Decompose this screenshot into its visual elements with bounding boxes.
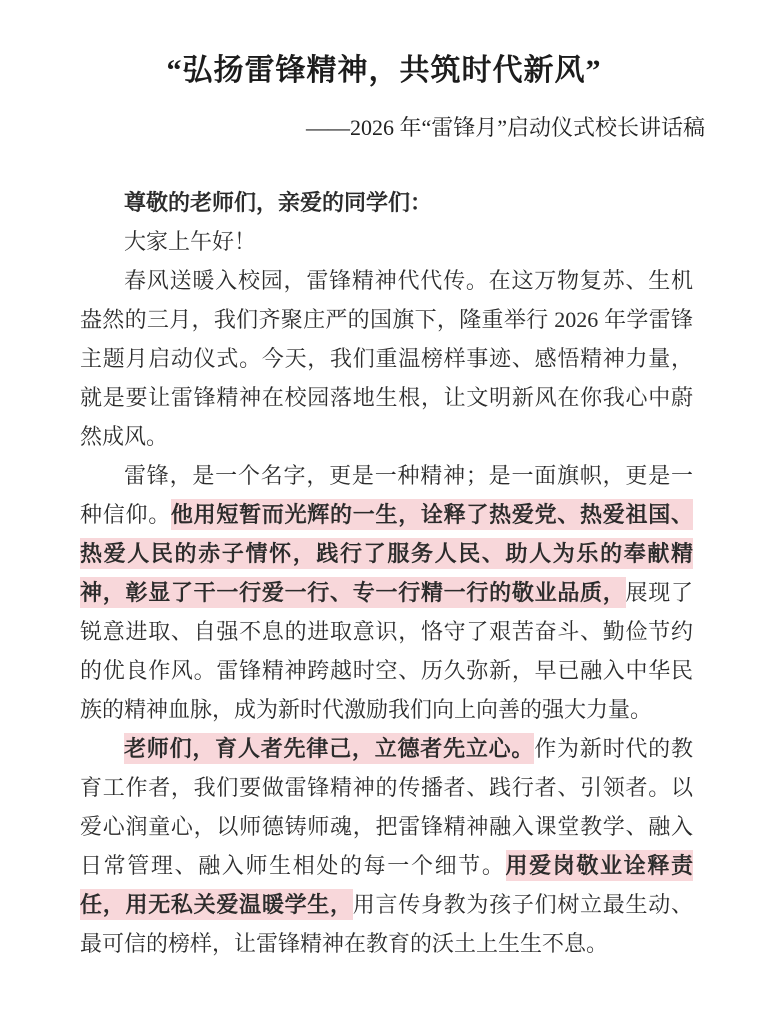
document-body: 尊敬的老师们，亲爱的同学们：大家上午好！春风送暖入校园，雷锋精神代代传。在这万物… [80, 183, 693, 963]
paragraph-leifeng-spirit: 雷锋，是一个名字，更是一种精神；是一面旗帜，更是一种信仰。他用短暂而光辉的一生，… [80, 456, 693, 729]
paragraph-greeting: 大家上午好！ [80, 222, 693, 261]
highlighted-text: 老师们，育人者先律己，立德者先立心。 [124, 733, 534, 764]
speech-document-page: “弘扬雷锋精神，共筑时代新风” ——2026 年“雷锋月”启动仪式校长讲话稿 尊… [0, 0, 768, 1024]
text-segment: 尊敬的老师们，亲爱的同学们： [124, 190, 432, 215]
text-segment: 大家上午好！ [124, 229, 256, 254]
highlighted-text: 他用短暂而光辉的一生，诠释了热爱党、热爱祖国、热爱人民的赤子情怀，践行了服务人民… [80, 499, 693, 608]
paragraph-opening: 春风送暖入校园，雷锋精神代代传。在这万物复苏、生机盎然的三月，我们齐聚庄严的国旗… [80, 261, 693, 456]
paragraph-salutation: 尊敬的老师们，亲爱的同学们： [80, 183, 693, 222]
document-title: “弘扬雷锋精神，共筑时代新风” [0, 50, 768, 92]
document-subtitle: ——2026 年“雷锋月”启动仪式校长讲话稿 [0, 112, 705, 144]
paragraph-teachers-duty: 老师们，育人者先律己，立德者先立心。作为新时代的教育工作者，我们要做雷锋精神的传… [80, 729, 693, 963]
text-segment: 春风送暖入校园，雷锋精神代代传。在这万物复苏、生机盎然的三月，我们齐聚庄严的国旗… [80, 268, 693, 449]
